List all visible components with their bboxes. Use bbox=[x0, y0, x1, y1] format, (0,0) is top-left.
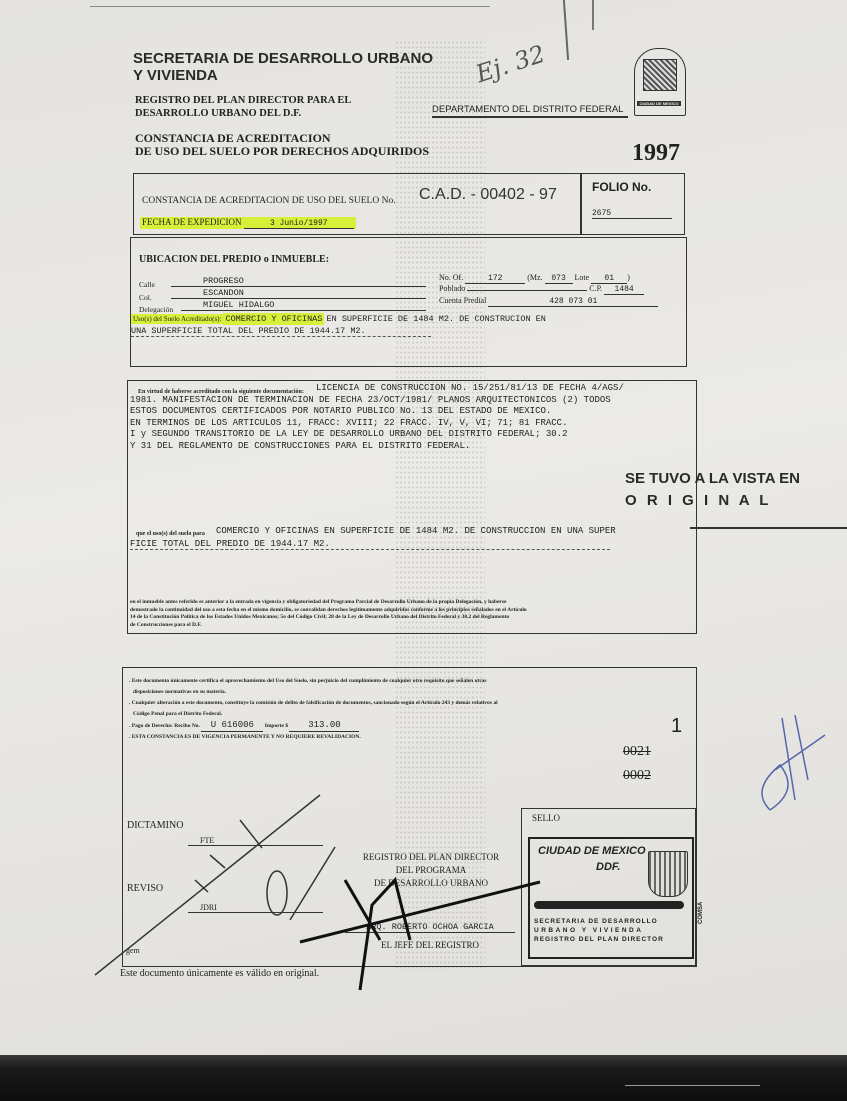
validity-note: Este documento únicamente es válido en o… bbox=[120, 968, 319, 979]
faint-line bbox=[625, 1085, 760, 1086]
margin-initials-icon bbox=[762, 715, 825, 810]
signature-strokes bbox=[0, 0, 847, 1101]
pen-signature-icon bbox=[95, 795, 335, 975]
registrar-signature-icon bbox=[300, 880, 540, 990]
document-page: SECRETARIA DE DESARROLLO URBANO Y VIVIEN… bbox=[0, 0, 847, 1055]
